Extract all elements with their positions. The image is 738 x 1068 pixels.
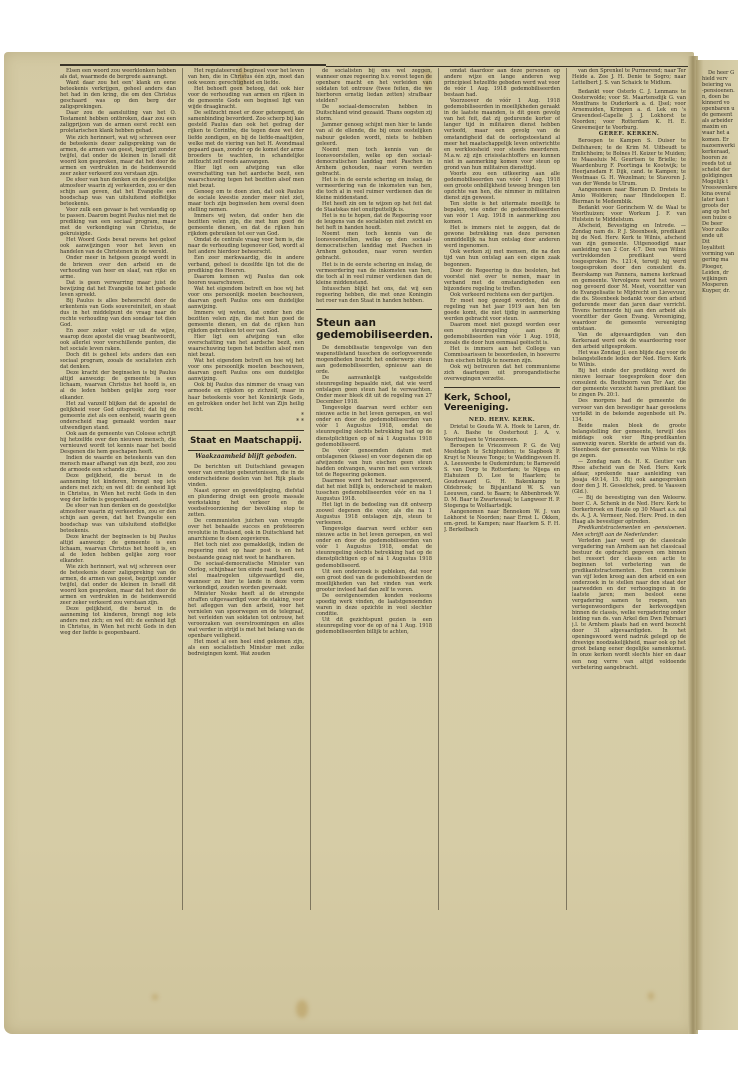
paragraph: De communisten juichen van vreugde over … [188,518,304,542]
section-staat-en-maatschappij: Staat en Maatschappij. [188,430,304,446]
paragraph: De eerstgenoemden konden veeleens spoedi… [316,593,432,617]
paragraph: Bedankt voor Gorinchem W. de Waal te Voo… [572,205,686,223]
subsection-heading: Waakzaamheid blijft geboden. [188,454,304,460]
paragraph: Wie zich herinnert, wat wij schreven ove… [60,564,176,606]
paragraph: Immers wij weten, dat onder hen die bezi… [188,213,304,237]
paper-stain [152,994,158,1000]
paragraph: Des morgens had de gemeente de vervoer v… [572,398,686,422]
column-divider [310,68,311,910]
paragraph: Predikantstractementen en -pensioenen. M… [572,525,686,537]
column-divider [566,68,567,910]
paragraph: Tengevolge daarvan werd echter een nieuw… [316,405,432,447]
paragraph: Elsen een woord zou weerklonken hebben a… [60,68,176,80]
paragraph: De sfeer van hun denken en de geestelijk… [60,177,176,207]
paragraph: Voor zulk een gevaar is het verstandig o… [60,207,176,237]
paragraph: Door de Regeering is dus besloten, het v… [444,268,560,292]
paragraph: Tengevolge daarvan werd echter een nieuw… [316,526,432,568]
paragraph: Wie zich herinnert, wat wij schreven ove… [60,135,176,177]
paragraph: Voorts zou een uitkeering aan alle gedem… [444,171,560,201]
paragraph: Aangenomen naar Bierum D. Dreteis te Ami… [572,187,686,205]
paragraph: Jammer genoeg schijnt men hier te lande … [316,122,432,146]
section-heading-line-2: gedemobiliseerden. [316,329,432,341]
paragraph: Het regulateerend beginsel voor het leve… [188,68,304,86]
paragraph: Deze kracht der beginselen is bij Paulus… [60,534,176,564]
paragraph: De sociaal-democratische Minister van Oo… [188,561,304,591]
paragraph: Ook verkeerd rechtens een der partijen. [444,292,560,298]
paragraph: Het is nu te hopen, dat de Regeering voo… [316,213,432,231]
subsection-heading: GEREF. KERKEN. [572,131,686,138]
paragraph: Minister Noske heeft al de strengste str… [188,591,304,639]
paragraph: Indien de waarde en beteekenis van den m… [60,455,176,473]
paragraph: Uit dit gezichtspunt gezien is een steun… [316,617,432,635]
paragraph: Het was Zondag jl. een blijde dag voor d… [572,350,686,368]
paragraph: Wat het eigendom betreft en hoe wij het … [188,286,304,310]
paragraph: Intusschen blijkt het ons, dat wij een r… [316,286,432,304]
header-rule [60,64,326,66]
subsection-waakzaamheid: Waakzaamheid blijft geboden. [188,450,304,460]
paragraph: Beide malen bleek de groote belangstelli… [572,423,686,459]
paragraph: Het is immers niet te zeggen, dat de gew… [444,225,560,249]
section-end-mark: * * * [188,413,304,425]
paragraph: Afscheid, Bevestiging en Intrede. — Zond… [572,223,686,332]
paragraph: Het toch niet zoo gemakkelijk, indien de… [188,542,304,560]
paragraph: Deze gelijkheid, die berust in de aannem… [60,606,176,636]
paragraph: De vóór genoemden datum met ontslagenen … [316,448,432,478]
paragraph: Onder meer in hetgeen gezegd wordt in de… [60,255,176,279]
paragraph: Het is in de eerste schering en inslag, … [316,262,432,286]
paragraph: Het ligt in de bedoeling van dit ontwerp… [316,502,432,526]
subsection-heading: NED. HERV. KERK. [444,417,560,424]
paragraph: Van de afgevaardigden van den Kerkeraad … [572,332,686,350]
paragraph: Bij Paulus is alles beheerscht door de e… [60,298,176,328]
paragraph: En zeer zeker volgt er uit de wijze, waa… [60,328,176,352]
paragraph: Immers wij weten, dat onder hen die bezi… [188,310,304,334]
paragraph: Het is in de eerste schering en inslag, … [316,177,432,201]
paragraph: Daar zou de aansluiting van het O. Testa… [60,110,176,134]
paragraph: Hier ligt een afwijzing van elke oversch… [188,165,304,189]
paragraph: Deze gelijkheid, die berust in de aannem… [60,473,176,503]
paragraph: Ook aan de gemeente van Colosse schrijft… [60,431,176,455]
paragraph: omdat daardoor aan deze personen op ande… [444,68,560,98]
paragraph: — Zondag nam ds. H. K. Geutier van Rhee … [572,459,686,495]
paragraph: Beroepen te Vriezenveen P. G. de Veij Me… [444,443,560,510]
paragraph: Daarmee werd het bezwaar aangevoerd, dat… [316,478,432,502]
paragraph: Het heeft zin om te wijzen op het feit d… [316,201,432,213]
paragraph: Een zeer merkwaardig, die in andere verb… [188,255,304,273]
paragraph: De sfeer van hun denken en de geestelijk… [60,503,176,533]
paragraph: Het Woord Gods bevat nevens het geloof o… [60,237,176,255]
paragraph: — Bij de bevestiging van den Weleerw. he… [572,495,686,525]
paragraph: Ook werken zij met mensen, die na den ti… [444,249,560,267]
edge-line: Kuyper, dr. [702,288,738,294]
paragraph: Het zal vanzelf blijken dat de apostel d… [60,401,176,431]
column-1: Elsen een woord zou weerklonken hebben a… [60,68,176,908]
paragraph: Aangenomen naar Bennekom W. J. van Lokho… [444,509,560,533]
paragraph: De sociaal-democraten hebben in Duitschl… [316,104,432,122]
paragraph: Uit een onderzoek is gebleken, dat voor … [316,569,432,593]
column-divider [438,68,439,910]
paragraph: Bij het einde der prediking werd de nieu… [572,368,686,398]
paragraph: Wat het eigendom betreft en hoe wij het … [188,358,304,382]
paragraph: De berichten uit Duitschland gewagen wee… [188,464,304,488]
paragraph: Dat is geen verwarring maar juist de bew… [60,280,176,298]
paragraph: Doch dit is geheel iets anders dan een s… [60,352,176,370]
paragraph: Hier ligt een afwijzing van elke oversch… [188,334,304,358]
edge-line: goldigingen [702,173,738,179]
paragraph: Want daar zou het een' klank en eene bet… [60,80,176,110]
section-heading: Staat en Maatschappij. [188,436,304,446]
column-2: Het regulateerend beginsel voor het leve… [188,68,304,908]
paragraph: Voorzoover de vóór 1 Aug. 1918 gedemobil… [444,98,560,171]
next-page-text: De heer Ghield vervbeiering va-pensioene… [702,70,738,294]
paragraph: Ten slotte is het uitermate moeilijk te … [444,201,560,225]
column-divider [182,68,183,910]
paragraph: Het is immers aan het College van Commis… [444,346,560,364]
paragraph: De demobilisatie tengevolge van den wape… [316,345,432,375]
paragraph: Daarom kennen wij Paulus dan ook hooren … [188,274,304,286]
header-rule [326,66,688,67]
paper-stain [648,992,654,1000]
paragraph: Daarom moet niet gezegd worden over een … [444,322,560,346]
paragraph: Er moet nog gezegd worden, dat de regeli… [444,298,560,322]
column-4: omdat daardoor aan deze personen op ande… [444,68,560,908]
paper-stain [296,1000,308,1018]
paragraph: van den Sprenkel te Purmerend; naar Ter … [572,68,686,86]
paragraph: Beroepen te Kampen S. Duiser te Delfshav… [572,138,686,186]
paragraph: Verleden jaar werd op de classicale verg… [572,538,686,671]
paragraph: Drietal te Gouda W. A. Hoek te Laren, dr… [444,424,560,442]
paragraph: Naast oproer en geweldpleging, diefstal … [188,488,304,518]
paragraph: Noemt men toch kennis van de loonsvoorst… [316,147,432,177]
section-kerk-school-vereeniging: Kerk, School, Vereeniging. [444,387,560,413]
paragraph: Noemt men toch kennis van de loonsvoorst… [316,231,432,261]
next-page-edge: De heer Ghield vervbeiering va-pensioene… [696,60,738,1030]
paragraph: De aanvankelijk vastgestelde steunregeli… [316,375,432,405]
paragraph: Bedankt voor Osterlo C. J. Lenmans te Oo… [572,89,686,131]
paragraph: de socialisten bij ons wel zeggen, wanne… [316,68,432,104]
edge-line: nazoenwerki [702,143,738,149]
paragraph: Het behoeft geen betoog, dat ook hier vo… [188,86,304,110]
paragraph: Het moet al een heel eind gekomen zijn, … [188,639,304,657]
column-5: van den Sprenkel te Purmerend; naar Ter … [572,68,686,908]
column-3: de socialisten bij ons wel zeggen, wanne… [316,68,432,908]
paragraph: Deze kracht der beginselen is bij Paulus… [60,370,176,400]
section-heading-line-1: Steun aan [316,317,432,329]
section-heading: Kerk, School, Vereeniging. [444,393,560,413]
paragraph: De selfzucht moet er door getemperd, de … [188,110,304,164]
paragraph: Omdat de centrale vraag voor hem is, die… [188,237,304,255]
paragraph: Ook bij Paulus dus nimmer de vraag van a… [188,382,304,412]
section-steun-gedemobiliseerden: Steun aan gedemobiliseerden. [316,309,432,341]
paragraph: Ook wij betreuren dat het communisme zic… [444,364,560,382]
paragraph: Genoeg om te doen zien, dat ook Paulus d… [188,189,304,213]
